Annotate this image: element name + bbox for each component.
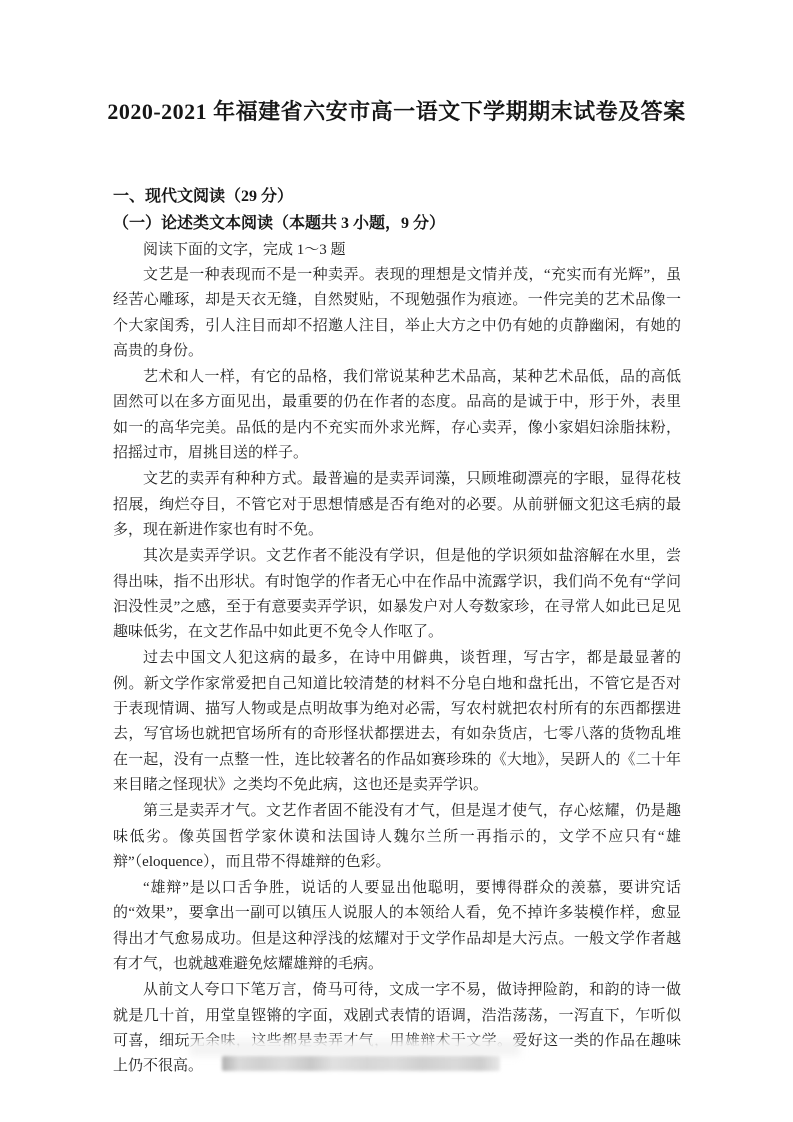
article-paragraph-7: “雄辩”是以口舌争胜，说话的人要显出他聪明，要博得群众的羡慕，要讲究话的“效果”…: [113, 876, 681, 977]
article-paragraph-4: 其次是卖弄学识。文艺作者不能没有学识，但是他的学识须如盐溶解在水里，尝得出味，指…: [113, 544, 681, 645]
article-paragraph-5: 过去中国文人犯这病的最多，在诗中用僻典，谈哲理，写古字，都是最显著的例。新文学作…: [113, 646, 681, 798]
watermark-smear: [190, 1040, 520, 1056]
blurred-watermark: [222, 1056, 500, 1071]
reading-instruction: 阅读下面的文字，完成 1～3 题: [113, 237, 681, 263]
article-body: 文艺是一种表现而不是一种卖弄。表现的理想是文情并茂，“充实而有光辉”，虽经苦心雕…: [113, 263, 681, 1080]
article-paragraph-6: 第三是卖弄才气。文艺作者固不能没有才气，但是逞才使气，存心炫耀，仍是趣味低劣。像…: [113, 799, 681, 875]
document-page: 2020-2021 年福建省六安市高一语文下学期期末试卷及答案 一、现代文阅读（…: [0, 0, 793, 1122]
article-paragraph-3: 文艺的卖弄有种种方式。最普遍的是卖弄词藻，只顾堆砌漂亮的字眼，显得花枝招展，绚烂…: [113, 467, 681, 543]
subsection-heading: （一）论述类文本阅读（本题共 3 小题，9 分）: [113, 210, 681, 237]
article-paragraph-1: 文艺是一种表现而不是一种卖弄。表现的理想是文情并茂，“充实而有光辉”，虽经苦心雕…: [113, 263, 681, 364]
section-heading: 一、现代文阅读（29 分）: [113, 183, 681, 210]
article-paragraph-2: 艺术和人一样，有它的品格，我们常说某种艺术品高，某种艺术品低，品的高低固然可以在…: [113, 365, 681, 466]
document-title: 2020-2021 年福建省六安市高一语文下学期期末试卷及答案: [0, 0, 793, 128]
document-content: 一、现代文阅读（29 分） （一）论述类文本阅读（本题共 3 小题，9 分） 阅…: [0, 183, 793, 1080]
